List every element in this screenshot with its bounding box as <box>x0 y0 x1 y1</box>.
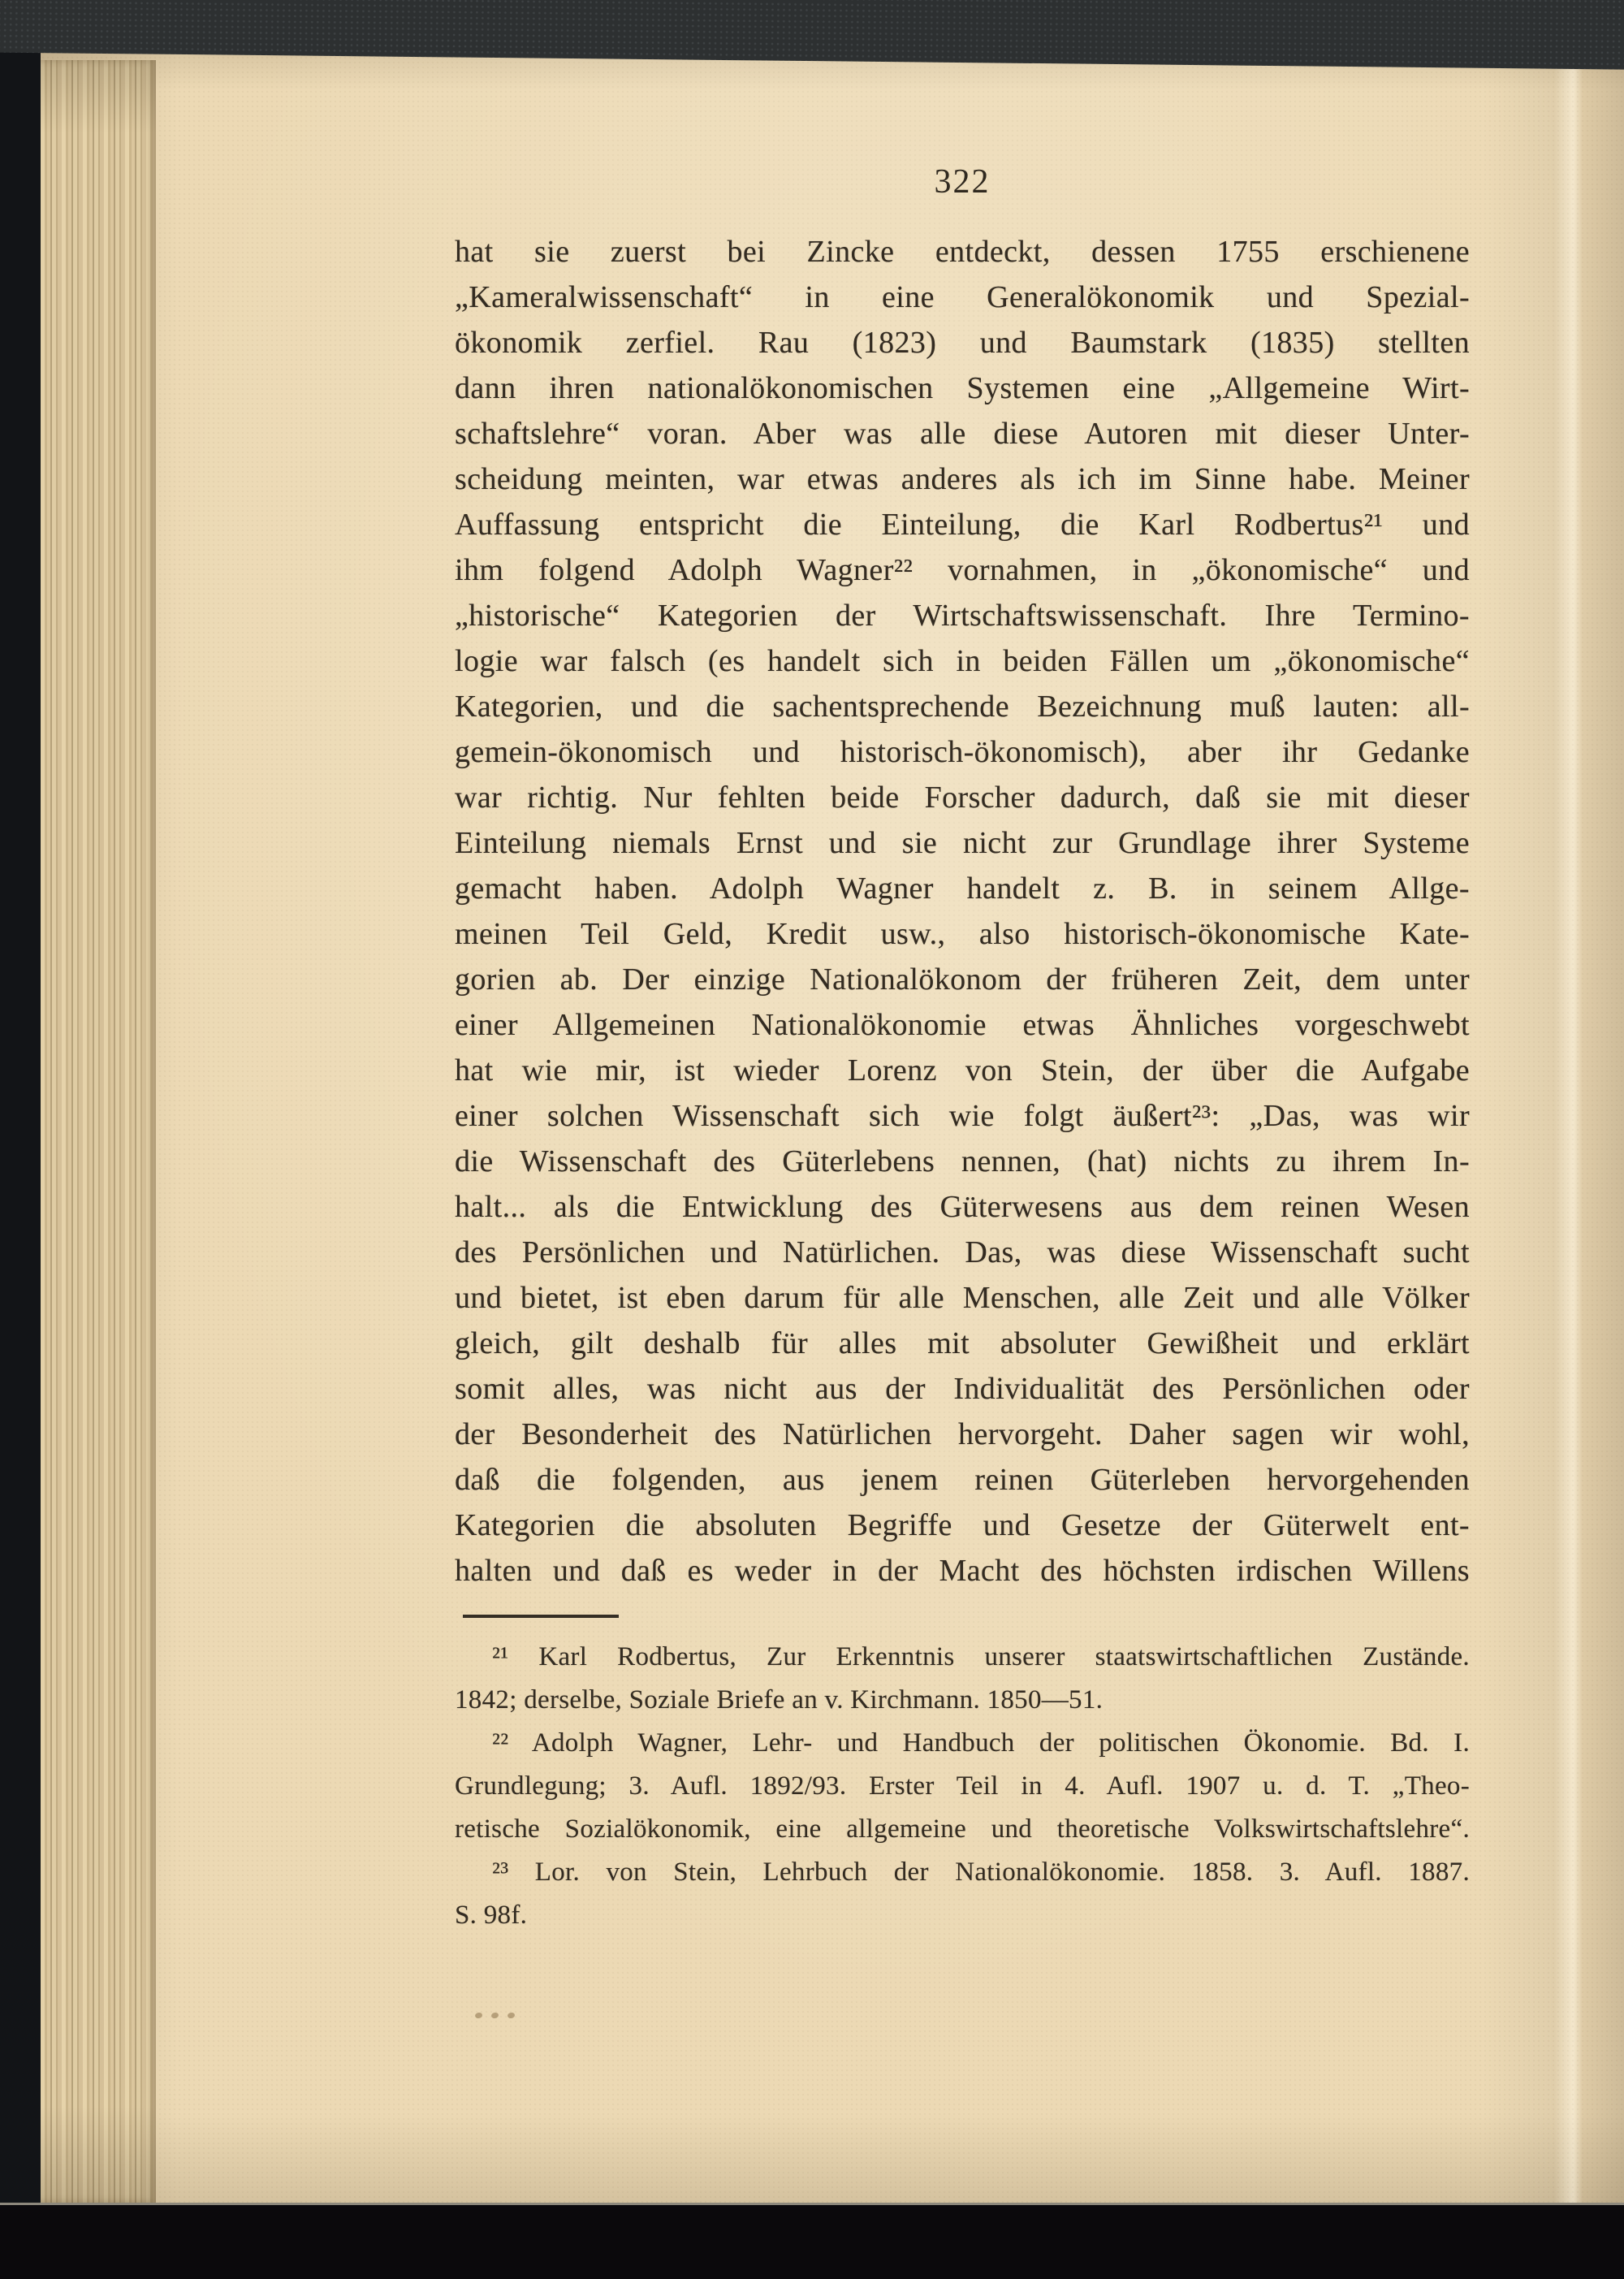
text-line: Einteilung niemals Ernst und sie nicht z… <box>455 820 1470 866</box>
text-line: dann ihren nationalökonomischen Systemen… <box>455 365 1470 411</box>
text-line: war richtig. Nur fehlten beide Forscher … <box>455 775 1470 820</box>
photo-background-bottom <box>0 2203 1624 2279</box>
footnote-line: ²³ Lor. von Stein, Lehrbuch der National… <box>455 1851 1470 1894</box>
text-line: halten und daß es weder in der Macht des… <box>455 1548 1470 1594</box>
text-line: logie war falsch (es handelt sich in bei… <box>455 638 1470 684</box>
text-line: gemacht haben. Adolph Wagner handelt z. … <box>455 866 1470 911</box>
text-line: schaftslehre“ voran. Aber was alle diese… <box>455 411 1470 456</box>
text-line: somit alles, was nicht aus der Individua… <box>455 1366 1470 1412</box>
ink-specks <box>475 2008 572 2024</box>
text-line: der Besonderheit des Natürlichen hervorg… <box>455 1412 1470 1457</box>
footnote-line: 1842; derselbe, Soziale Briefe an v. Kir… <box>455 1679 1470 1722</box>
text-line: des Persönlichen und Natürlichen. Das, w… <box>455 1230 1470 1275</box>
text-line: gleich, gilt deshalb für alles mit absol… <box>455 1321 1470 1366</box>
footnote-separator <box>463 1615 619 1618</box>
footnote-line: S. 98f. <box>455 1894 1470 1937</box>
text-line: „historische“ Kategorien der Wirtschafts… <box>455 593 1470 638</box>
text-line: Kategorien die absoluten Begriffe und Ge… <box>455 1503 1470 1548</box>
text-line: und bietet, ist eben darum für alle Mens… <box>455 1275 1470 1321</box>
text-line: hat sie zuerst bei Zincke entdeckt, dess… <box>455 229 1470 275</box>
text-line: die Wissenschaft des Güterlebens nennen,… <box>455 1139 1470 1184</box>
text-line: einer solchen Wissenschaft sich wie folg… <box>455 1093 1470 1139</box>
footnotes: ²¹ Karl Rodbertus, Zur Erkenntnis unsere… <box>455 1636 1470 1937</box>
text-line: hat wie mir, ist wieder Lorenz von Stein… <box>455 1048 1470 1093</box>
page-text-layer: 322 hat sie zuerst bei Zincke entdeckt, … <box>41 50 1624 2203</box>
text-line: ihm folgend Adolph Wagner²² vornahmen, i… <box>455 547 1470 593</box>
page-number: 322 <box>455 162 1470 201</box>
text-line: Auffassung entspricht die Einteilung, di… <box>455 502 1470 547</box>
footnote-line: Grundlegung; 3. Aufl. 1892/93. Erster Te… <box>455 1765 1470 1808</box>
page-stack-edges <box>41 60 156 2203</box>
text-line: scheidung meinten, war etwas anderes als… <box>455 456 1470 502</box>
text-line: einer Allgemeinen Nationalökonomie etwas… <box>455 1002 1470 1048</box>
text-line: daß die folgenden, aus jenem reinen Güte… <box>455 1457 1470 1503</box>
text-line: Kategorien, und die sachentsprechende Be… <box>455 684 1470 729</box>
main-text: hat sie zuerst bei Zincke entdeckt, dess… <box>455 229 1470 1594</box>
footnote-line: retische Sozialökonomik, eine allgemeine… <box>455 1808 1470 1851</box>
footnote-line: ²² Adolph Wagner, Lehr- und Handbuch der… <box>455 1722 1470 1765</box>
text-line: meinen Teil Geld, Kredit usw., also hist… <box>455 911 1470 957</box>
book-photo: 322 hat sie zuerst bei Zincke entdeckt, … <box>0 0 1624 2279</box>
text-line: gorien ab. Der einzige Nationalökonom de… <box>455 957 1470 1002</box>
text-line: halt... als die Entwicklung des Güterwes… <box>455 1184 1470 1230</box>
book-page: 322 hat sie zuerst bei Zincke entdeckt, … <box>41 50 1624 2203</box>
text-line: „Kameralwissenschaft“ in eine Generalöko… <box>455 275 1470 320</box>
text-line: ökonomik zerfiel. Rau (1823) und Baumsta… <box>455 320 1470 365</box>
text-line: gemein-ökonomisch und historisch-ökonomi… <box>455 729 1470 775</box>
footnote-line: ²¹ Karl Rodbertus, Zur Erkenntnis unsere… <box>455 1636 1470 1679</box>
